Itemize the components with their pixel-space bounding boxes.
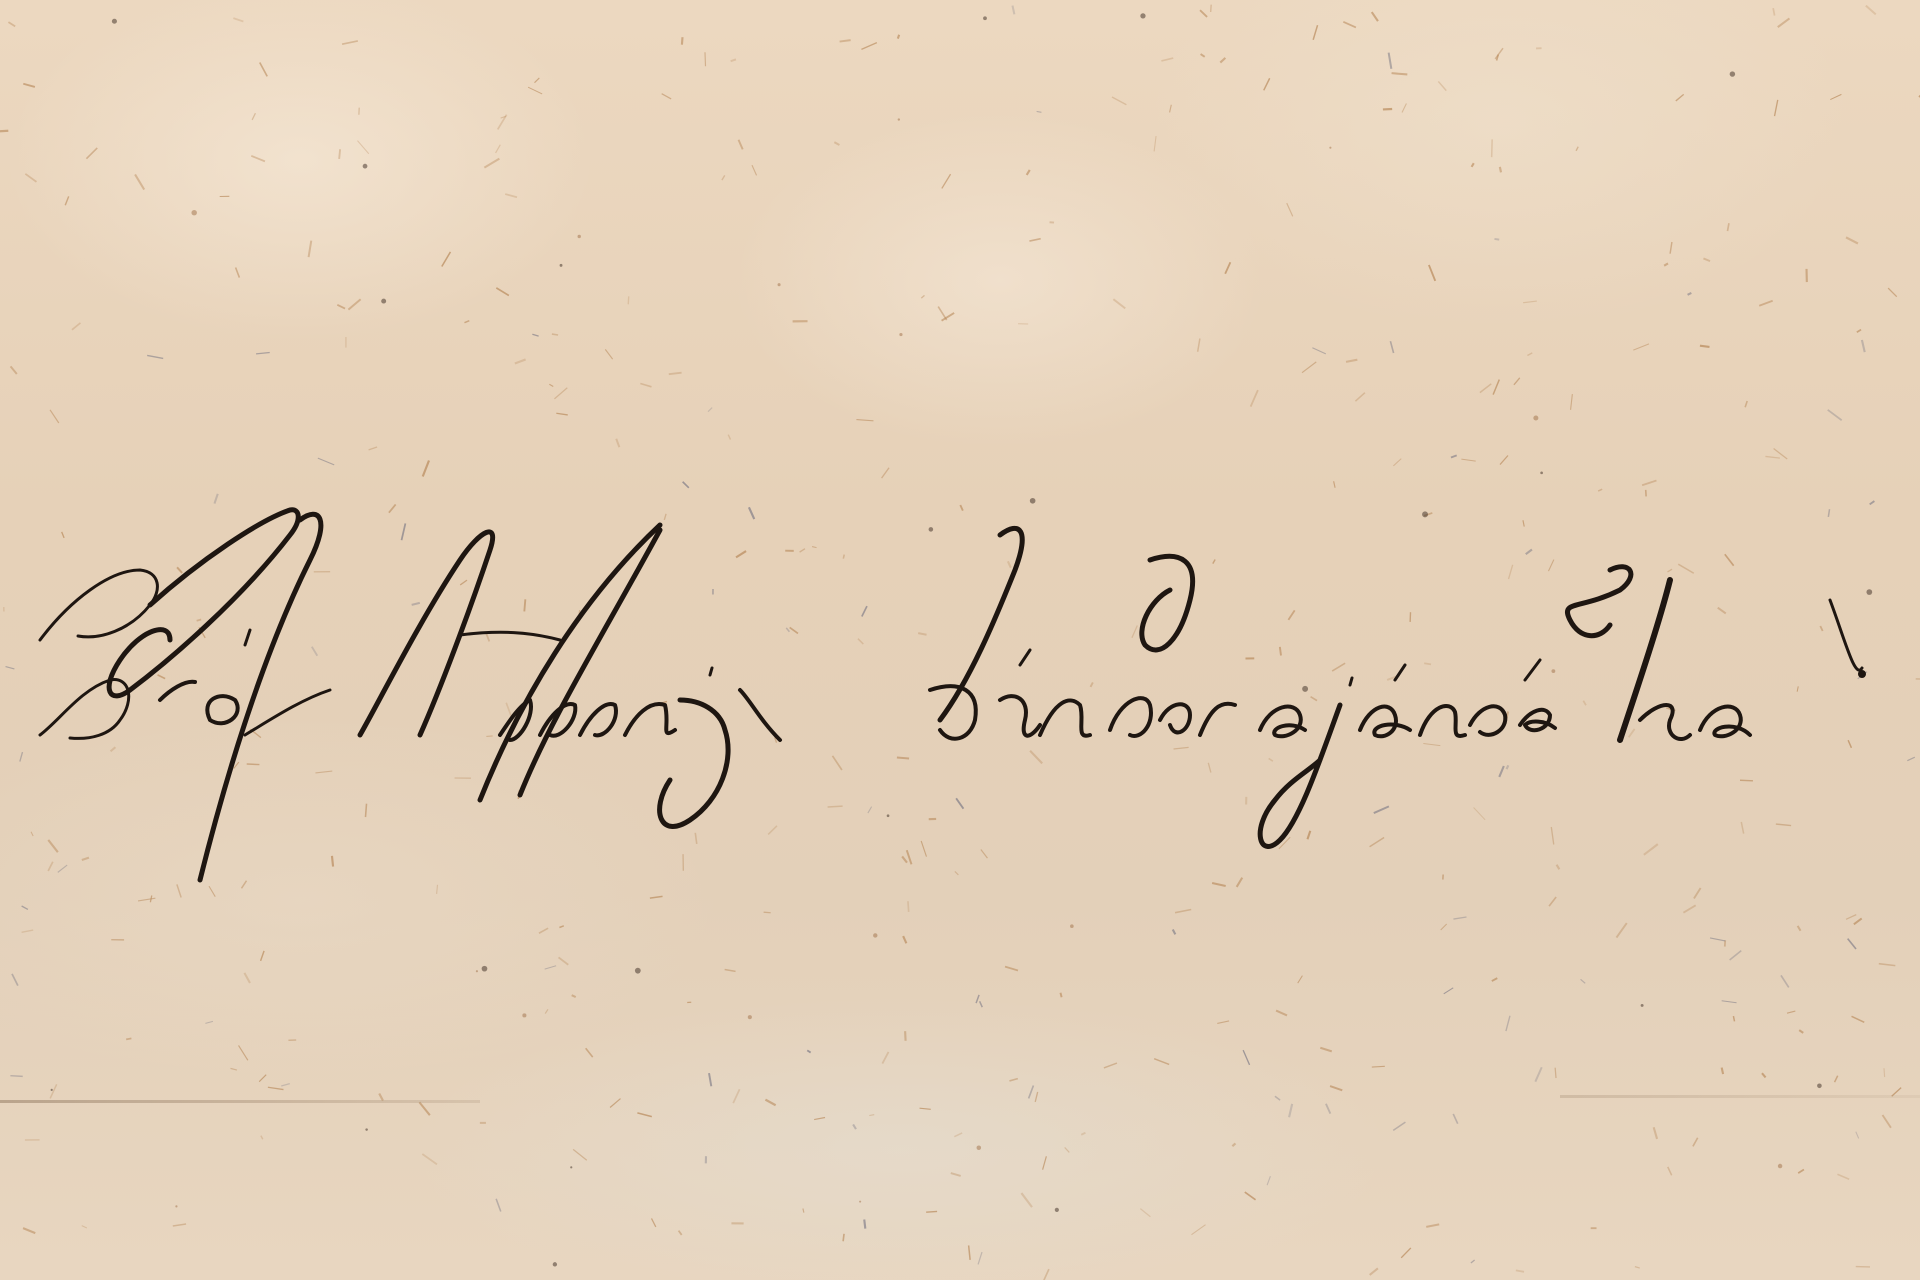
inscription-text: Gróf Apponyi Sándor ajándéka. <box>40 560 1920 672</box>
